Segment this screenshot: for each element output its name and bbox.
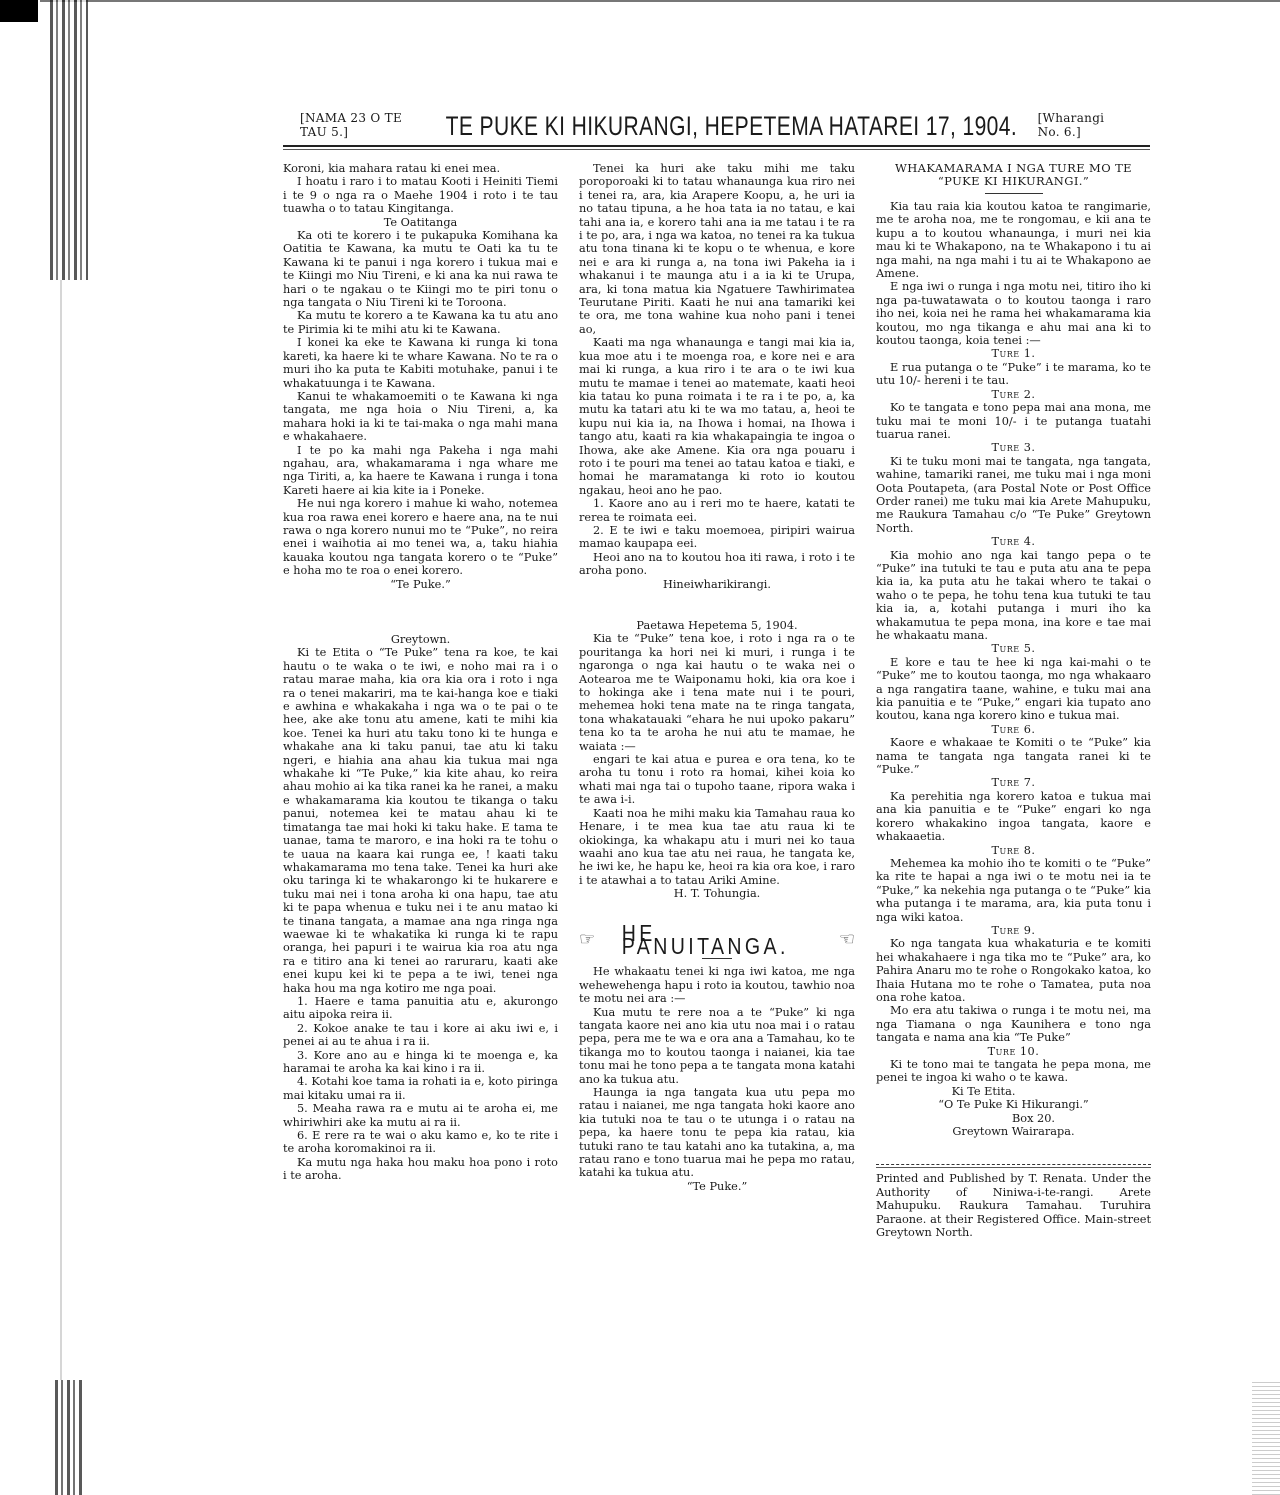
- paragraph: I konei ka eke te Kawana ki runga ki ton…: [283, 336, 558, 390]
- spacer: [579, 901, 855, 923]
- paragraph: Kanui te whakamoemiti o te Kawana ki nga…: [283, 390, 558, 444]
- spacer: [579, 591, 855, 619]
- imprint-rule: [876, 1164, 1151, 1168]
- issue-number: [NAMA 23 O TE TAU 5.]: [300, 111, 425, 142]
- rule-label: Ture 8.: [876, 844, 1151, 857]
- rule-text: Ko nga tangata kua whakaturia e te komit…: [876, 937, 1151, 1004]
- paragraph: Ka mutu te korero a te Kawana ka tu atu …: [283, 309, 558, 336]
- masthead: [NAMA 23 O TE TAU 5.] TE PUKE KI HIKURAN…: [300, 108, 1130, 142]
- address-line: Greytown Wairarapa.: [876, 1125, 1151, 1138]
- binding-edge-artifact-bottom: [55, 1380, 85, 1495]
- rule-text: Mo era atu takiwa o runga i te motu nei,…: [876, 1004, 1151, 1044]
- verse: 4. Kotahi koe tama ia rohati ia e, koto …: [283, 1075, 558, 1102]
- lament-paragraph: Kaati ma nga whanaunga e tangi mai kia i…: [579, 336, 855, 497]
- pointing-hand-right-icon: ☞: [579, 933, 595, 946]
- notice-paragraph: Haunga ia nga tangata kua utu pepa mo ra…: [579, 1086, 855, 1180]
- rule-label: Ture 4.: [876, 535, 1151, 548]
- paragraph: I hoatu i raro i to matau Kooti i Heinit…: [283, 175, 558, 215]
- address-line: Ki Te Etita.: [876, 1085, 1151, 1098]
- letter-paragraph: engari te kai atua e purea e ora tena, k…: [579, 753, 855, 807]
- column-1: Koroni, kia mahara ratau ki enei mea. I …: [283, 162, 558, 1183]
- scan-streak: [60, 280, 62, 1380]
- rule-text: Kaore e whakaae te Komiti o te “Puke” ki…: [876, 736, 1151, 776]
- imprint: Printed and Published by T. Renata. Unde…: [876, 1172, 1151, 1239]
- rule-text: E kore e tau te hee ki nga kai-mahi o te…: [876, 656, 1151, 723]
- intro-paragraph: E nga iwi o runga i nga motu nei, titiro…: [876, 280, 1151, 347]
- rule-text: Ka perehitia nga korero katoa e tukua ma…: [876, 790, 1151, 844]
- signature: “Te Puke.”: [283, 578, 558, 591]
- paragraph: Ka oti te korero i te pukapuka Komihana …: [283, 229, 558, 309]
- verse: 2. E te iwi e taku moemoea, piripiri wai…: [579, 524, 855, 551]
- masthead-rule-thin: [283, 149, 1150, 150]
- lament-paragraph: Tenei ka huri ake taku mihi me taku poro…: [579, 162, 855, 336]
- rule-label: Ture 9.: [876, 924, 1151, 937]
- letter-paragraph: Kaati noa he mihi maku kia Tamahau raua …: [579, 807, 855, 887]
- rule-text: Ko te tangata e tono pepa mai ana mona, …: [876, 401, 1151, 441]
- signature: “Te Puke.”: [579, 1180, 855, 1193]
- column-2: Tenei ka huri ake taku mihi me taku poro…: [579, 162, 855, 1193]
- closing-line: Heoi ano na to koutou hoa iti rawa, i ro…: [579, 551, 855, 578]
- spacer: [283, 591, 558, 633]
- masthead-rule: [283, 145, 1150, 147]
- rule-label: Ture 7.: [876, 776, 1151, 789]
- scan-right-edge-artifact: [1252, 1380, 1280, 1495]
- paragraph: I te po ka mahi nga Pakeha i nga mahi ng…: [283, 444, 558, 498]
- notice-paragraph: Kua mutu te rere noa a te “Puke” ki nga …: [579, 1006, 855, 1086]
- rule-label: Ture 2.: [876, 388, 1151, 401]
- address-line: Box 20.: [876, 1112, 1151, 1125]
- pointing-hand-left-icon: ☜: [839, 933, 855, 946]
- notice-paragraph: He whakaatu tenei ki nga iwi katoa, me n…: [579, 965, 855, 1005]
- rule-label: Ture 10.: [876, 1045, 1151, 1058]
- verse: 2. Kokoe anake te tau i kore ai aku iwi …: [283, 1022, 558, 1049]
- verse: 1. Haere e tama panuitia atu e, akurongo…: [283, 995, 558, 1022]
- rule-label: Ture 6.: [876, 723, 1151, 736]
- rule-text: Ki te tuku moni mai te tangata, nga tang…: [876, 455, 1151, 535]
- verse: 1. Kaore ano au i reri mo te haere, kata…: [579, 497, 855, 524]
- paragraph: Koroni, kia mahara ratau ki enei mea.: [283, 162, 558, 175]
- signature: Hineiwharikirangi.: [579, 578, 855, 591]
- paragraph: He nui nga korero i mahue ki waho, notem…: [283, 497, 558, 577]
- rule-text: Ki te tono mai te tangata he pepa mona, …: [876, 1058, 1151, 1085]
- letter-paragraph: Ki te Etita o “Te Puke” tena ra koe, te …: [283, 646, 558, 995]
- rule-text: Mehemea ka mohio iho te komiti o te “Puk…: [876, 857, 1151, 924]
- rules-heading-sub: “PUKE KI HIKURANGI.”: [876, 175, 1151, 188]
- binding-edge-artifact: [50, 0, 88, 280]
- rule-label: Ture 5.: [876, 642, 1151, 655]
- section-heading: Te Oatitanga: [283, 216, 558, 229]
- letter-paragraph: Kia te “Puke” tena koe, i roto i nga ra …: [579, 632, 855, 753]
- signature: H. T. Tohungia.: [579, 887, 855, 900]
- notice-banner: ☞ HE PANUITANGA. ☜: [579, 927, 855, 954]
- page-number: [Wharangi No. 6.]: [1038, 111, 1130, 142]
- newspaper-title: TE PUKE KI HIKURANGI, HEPETEMA HATAREI 1…: [445, 111, 1017, 142]
- divider: [985, 193, 1043, 194]
- address-line: “O Te Puke Ki Hikurangi.”: [876, 1098, 1151, 1111]
- rule-text: Kia mohio ano nga kai tango pepa o te “P…: [876, 549, 1151, 643]
- column-3: WHAKAMARAMA I NGA TURE MO TE “PUKE KI HI…: [876, 162, 1151, 1239]
- scan-top-edge: [40, 0, 1280, 2]
- rule-label: Ture 1.: [876, 347, 1151, 360]
- verse: 3. Kore ano au e hinga ki te moenga e, k…: [283, 1049, 558, 1076]
- verse: 6. E rere ra te wai o aku kamo e, ko te …: [283, 1129, 558, 1156]
- rule-label: Ture 3.: [876, 441, 1151, 454]
- rule-text: E rua putanga o te “Puke” i te marama, k…: [876, 361, 1151, 388]
- intro-paragraph: Kia tau raia kia koutou katoa te rangima…: [876, 200, 1151, 280]
- verse: 5. Meaha rawa ra e mutu ai te aroha ei, …: [283, 1102, 558, 1129]
- scan-corner-artifact: [0, 0, 38, 22]
- letter-place: Greytown.: [283, 633, 558, 646]
- dateline: Paetawa Hepetema 5, 1904.: [579, 619, 855, 632]
- notice-title: HE PANUITANGA.: [622, 927, 812, 954]
- closing-line: Ka mutu nga haka hou maku hoa pono i rot…: [283, 1156, 558, 1183]
